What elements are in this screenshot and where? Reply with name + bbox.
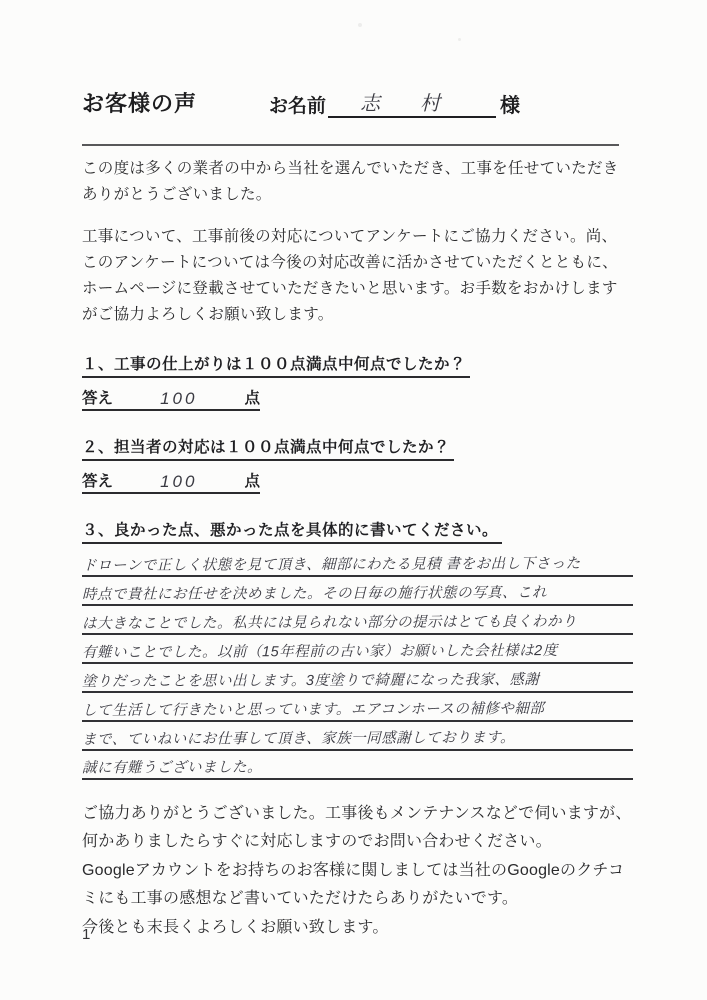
response-line: して生活して行きたいと思っています。エアコンホースの補修や細部 [82,693,633,722]
document-content: お客様の声 お名前 志村 様 この度は多くの業者の中から当社を選んでいただき、工… [82,84,633,942]
handwritten-score: 100 [160,472,197,492]
question-1-answer-line: 答え 100 点 [82,386,260,411]
handwritten-name: 志村 [344,93,480,115]
handwritten-score: 100 [160,389,197,409]
intro-paragraph-2: 工事について、工事前後の対応についてアンケートにご協力ください。尚、このアンケー… [82,224,633,328]
response-line: 誠に有難うございました。 [82,751,633,780]
question-2: ２、担当者の対応は１００点満点中何点でしたか？ 答え 100 点 [82,435,633,494]
response-line: は大きなことでした。私共には見られない部分の提示はとても良くわかり [82,606,633,635]
question-2-answer-line: 答え 100 点 [82,469,260,494]
closing-paragraph-1: ご協力ありがとうございました。工事後もメンテナンスなどで伺いますが、何かありまし… [82,800,633,857]
answer-suffix: 点 [244,469,260,491]
question-1-label: １、工事の仕上がりは１００点満点中何点でしたか？ [82,352,470,378]
response-line: 時点で貴社にお任せを決めました。その日毎の施行状態の写真、これ [82,577,633,606]
name-label: お名前 [269,91,326,118]
answer-suffix: 点 [244,386,260,408]
document-header: お客様の声 お名前 志村 様 [82,84,633,118]
page-number: 1 [82,926,90,943]
answer-prefix: 答え [82,469,113,491]
honorific-label: 様 [500,89,520,118]
scan-speck [458,38,461,41]
name-input-line: 志村 [328,87,496,118]
response-line: まで、ていねいにお仕事して頂き、家族一同感謝しております。 [82,722,633,751]
response-line: 有難いことでした。以前（15年程前の古い家）お願いした会社様は2度 [82,635,633,664]
answer-prefix: 答え [82,386,113,408]
intro-paragraph-1: この度は多くの業者の中から当社を選んでいただき、工事を任せていただきありがとうご… [82,156,633,208]
closing-paragraph-3: 今後とも末長くよろしくお願い致します。 [82,914,633,943]
scanned-questionnaire-page: お客様の声 お名前 志村 様 この度は多くの業者の中から当社を選んでいただき、工… [0,0,707,1000]
question-3-label: ３、良かった点、悪かった点を具体的に書いてください。 [82,518,502,544]
question-2-label: ２、担当者の対応は１００点満点中何点でしたか？ [82,435,454,461]
response-line: 塗りだったことを思い出します。3度塗りで綺麗になった我家、感謝 [82,664,633,693]
question-3: ３、良かった点、悪かった点を具体的に書いてください。 ドローンで正しく状態を見て… [82,518,633,780]
question-1: １、工事の仕上がりは１００点満点中何点でしたか？ 答え 100 点 [82,352,633,411]
handwritten-response: ドローンで正しく状態を見て頂き、細部にわたる見積 書をお出し下さった時点で貴社に… [82,548,633,780]
closing-section: ご協力ありがとうございました。工事後もメンテナンスなどで伺いますが、何かありまし… [82,800,633,943]
closing-paragraph-2: Googleアカウントをお持ちのお客様に関しましては当社のGoogleのクチコミ… [82,857,633,914]
header-divider [82,144,619,146]
name-field-group: お名前 志村 様 [269,87,520,118]
scan-speck [358,23,362,27]
page-title: お客様の声 [82,87,197,118]
response-line: ドローンで正しく状態を見て頂き、細部にわたる見積 書をお出し下さった [82,548,633,577]
